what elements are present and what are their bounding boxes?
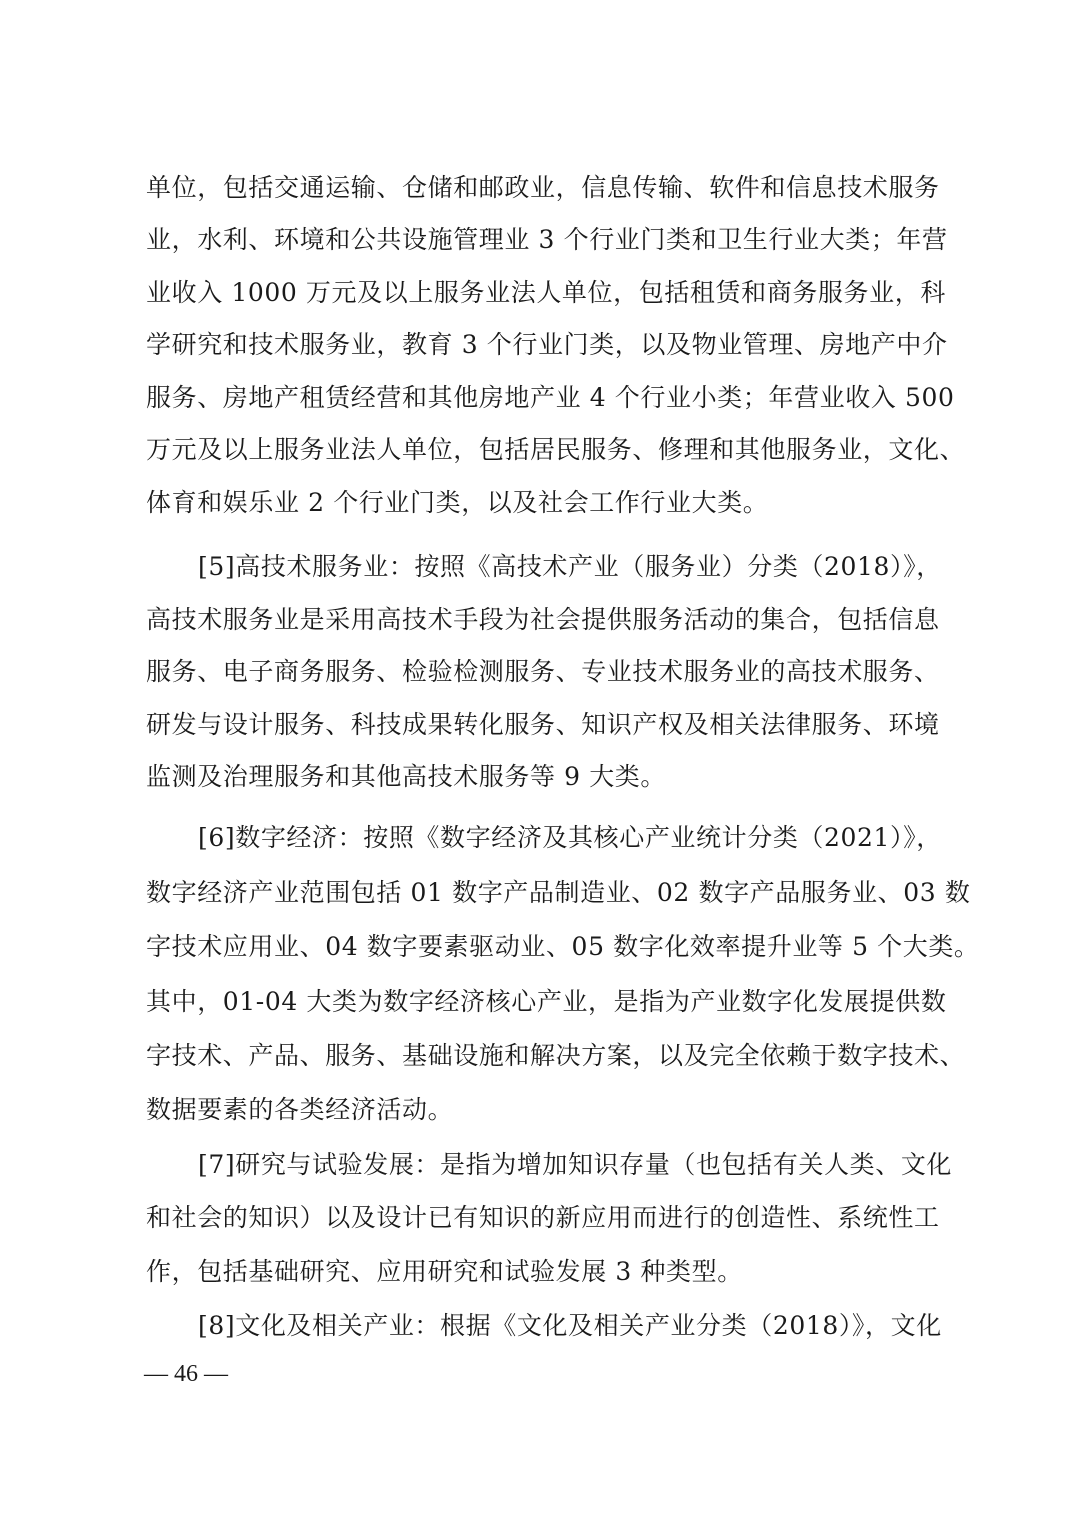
note-5-line-2: 高技术服务业是采用高技术手段为社会提供服务活动的集合，包括信息 (146, 600, 932, 640)
note-5-line-3: 服务、电子商务服务、检验检测服务、专业技术服务业的高技术服务、 (146, 652, 932, 692)
note-6-line-6: 数据要素的各类经济活动。 (146, 1090, 932, 1130)
paragraph-continuation-line-2: 业，水利、环境和公共设施管理业 3 个行业门类和卫生行业大类；年营 (146, 220, 932, 260)
note-7-line-1: [7]研究与试验发展：是指为增加知识存量（也包括有关人类、文化 (198, 1145, 932, 1185)
note-6-line-1: [6]数字经济：按照《数字经济及其核心产业统计分类（2021）》， (198, 818, 932, 858)
page-number: — 46 — (144, 1356, 228, 1392)
note-5-line-4: 研发与设计服务、科技成果转化服务、知识产权及相关法律服务、环境 (146, 705, 932, 745)
paragraph-continuation-line-6: 万元及以上服务业法人单位，包括居民服务、修理和其他服务业，文化、 (146, 430, 932, 470)
paragraph-continuation-line-7: 体育和娱乐业 2 个行业门类，以及社会工作行业大类。 (146, 483, 932, 523)
note-5-line-5: 监测及治理服务和其他高技术服务等 9 大类。 (146, 757, 932, 797)
paragraph-continuation-line-3: 业收入 1000 万元及以上服务业法人单位，包括租赁和商务服务业，科 (146, 273, 932, 313)
note-8-line-1: [8]文化及相关产业：根据《文化及相关产业分类（2018）》，文化 (198, 1306, 932, 1346)
note-7-line-3: 作，包括基础研究、应用研究和试验发展 3 种类型。 (146, 1252, 932, 1292)
paragraph-continuation-line-5: 服务、房地产租赁经营和其他房地产业 4 个行业小类；年营业收入 500 (146, 378, 932, 418)
note-6-line-2: 数字经济产业范围包括 01 数字产品制造业、02 数字产品服务业、03 数 (146, 873, 932, 913)
note-6-line-5: 字技术、产品、服务、基础设施和解决方案，以及完全依赖于数字技术、 (146, 1036, 932, 1076)
note-5-line-1: [5]高技术服务业：按照《高技术产业（服务业）分类（2018）》， (198, 547, 932, 587)
note-6-line-3: 字技术应用业、04 数字要素驱动业、05 数字化效率提升业等 5 个大类。 (146, 927, 932, 967)
document-page: 单位，包括交通运输、仓储和邮政业，信息传输、软件和信息技术服务 业，水利、环境和… (0, 0, 1074, 1520)
note-6-line-4: 其中，01-04 大类为数字经济核心产业，是指为产业数字化发展提供数 (146, 982, 932, 1022)
paragraph-continuation-line-1: 单位，包括交通运输、仓储和邮政业，信息传输、软件和信息技术服务 (146, 168, 932, 208)
note-7-line-2: 和社会的知识）以及设计已有知识的新应用而进行的创造性、系统性工 (146, 1198, 932, 1238)
paragraph-continuation-line-4: 学研究和技术服务业，教育 3 个行业门类，以及物业管理、房地产中介 (146, 325, 932, 365)
